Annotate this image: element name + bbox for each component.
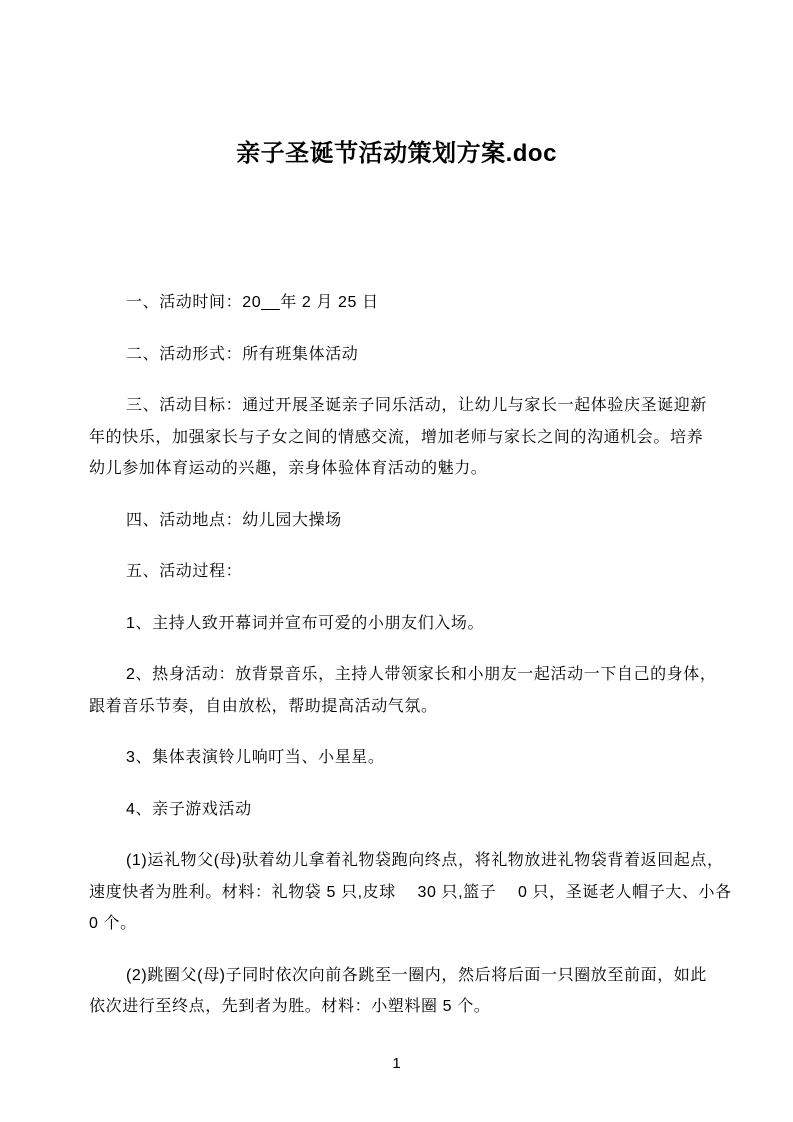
paragraph: 三、活动目标：通过开展圣诞亲子同乐活动，让幼儿与家长一起体验庆圣诞迎新年的快乐，… (89, 390, 793, 485)
paragraph: (2)跳圈父(母)子同时依次向前各跳至一圈内，然后将后面一只圈放至前面，如此依次… (89, 960, 793, 1023)
paragraph-line: 3、集体表演铃儿响叮当、小星星。 (89, 742, 793, 774)
paragraph-line: (2)跳圈父(母)子同时依次向前各跳至一圈内，然后将后面一只圈放至前面，如此 (89, 960, 793, 992)
paragraph-line: 0 个。 (89, 908, 793, 940)
document-page: 亲子圣诞节活动策划方案.doc 一、活动时间：20__年 2 月 25 日二、活… (0, 0, 793, 1122)
paragraph-line: 二、活动形式：所有班集体活动 (89, 339, 793, 371)
paragraph-line: 五、活动过程： (89, 556, 793, 588)
paragraph: 四、活动地点：幼儿园大操场 (89, 505, 793, 537)
document-body: 一、活动时间：20__年 2 月 25 日二、活动形式：所有班集体活动三、活动目… (89, 287, 793, 1043)
paragraph: 4、亲子游戏活动 (89, 794, 793, 826)
paragraph-line: 2、热身活动：放背景音乐，主持人带领家长和小朋友一起活动一下自己的身体， (89, 659, 793, 691)
paragraph: (1)运礼物父(母)驮着幼儿拿着礼物袋跑向终点，将礼物放进礼物袋背着返回起点，速… (89, 845, 793, 940)
paragraph-line: 幼儿参加体育运动的兴趣，亲身体验体育活动的魅力。 (89, 453, 793, 485)
paragraph: 二、活动形式：所有班集体活动 (89, 339, 793, 371)
paragraph: 一、活动时间：20__年 2 月 25 日 (89, 287, 793, 319)
paragraph-line: 一、活动时间：20__年 2 月 25 日 (89, 287, 793, 319)
paragraph: 1、主持人致开幕词并宣布可爱的小朋友们入场。 (89, 608, 793, 640)
paragraph-line: 速度快者为胜利。材料：礼物袋 5 只,皮球 30 只,篮子 0 只，圣诞老人帽子… (89, 877, 793, 909)
paragraph-line: 年的快乐，加强家长与子女之间的情感交流，增加老师与家长之间的沟通机会。培养 (89, 422, 793, 454)
document-title: 亲子圣诞节活动策划方案.doc (0, 137, 793, 171)
paragraph-line: (1)运礼物父(母)驮着幼儿拿着礼物袋跑向终点，将礼物放进礼物袋背着返回起点， (89, 845, 793, 877)
page-number: 1 (0, 1048, 793, 1080)
paragraph: 3、集体表演铃儿响叮当、小星星。 (89, 742, 793, 774)
paragraph: 2、热身活动：放背景音乐，主持人带领家长和小朋友一起活动一下自己的身体，跟着音乐… (89, 659, 793, 722)
paragraph-line: 依次进行至终点，先到者为胜。材料：小塑料圈 5 个。 (89, 991, 793, 1023)
paragraph-line: 三、活动目标：通过开展圣诞亲子同乐活动，让幼儿与家长一起体验庆圣诞迎新 (89, 390, 793, 422)
paragraph: 五、活动过程： (89, 556, 793, 588)
paragraph-line: 四、活动地点：幼儿园大操场 (89, 505, 793, 537)
paragraph-line: 跟着音乐节奏，自由放松，帮助提高活动气氛。 (89, 691, 793, 723)
paragraph-line: 4、亲子游戏活动 (89, 794, 793, 826)
paragraph-line: 1、主持人致开幕词并宣布可爱的小朋友们入场。 (89, 608, 793, 640)
